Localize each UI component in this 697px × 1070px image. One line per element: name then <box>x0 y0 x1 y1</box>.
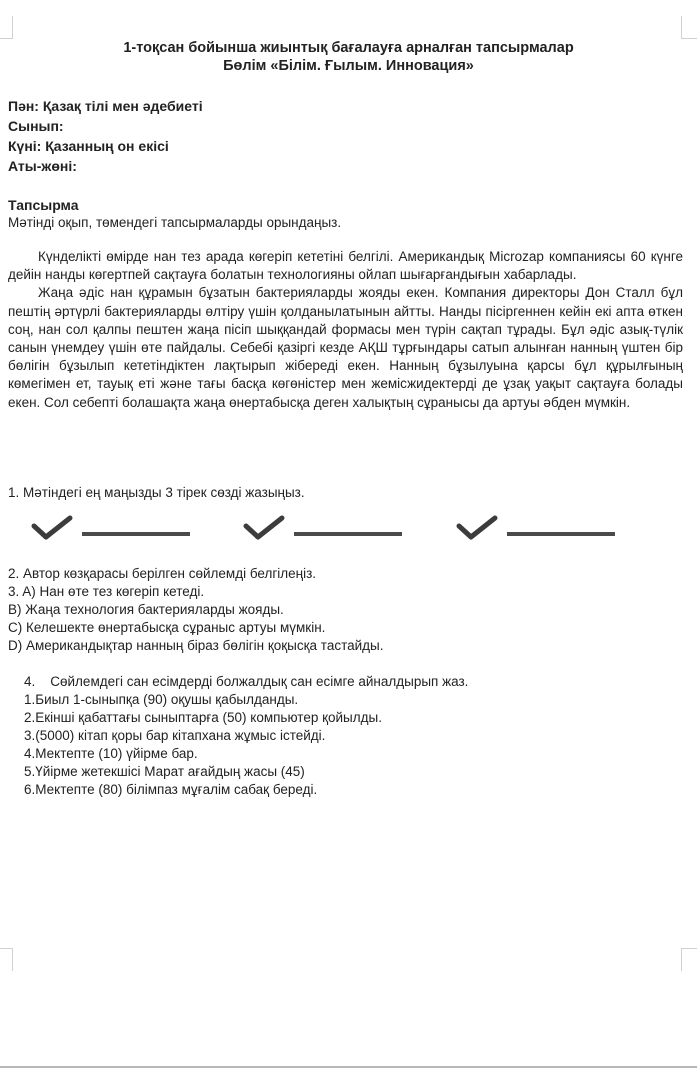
question-1: 1. Мәтіндегі ең маңызды 3 тірек сөзді жа… <box>8 485 305 500</box>
q4-item-1: 1.Биыл 1-сыныпқа (90) оқушы қабылданды. <box>24 692 298 707</box>
page-bottom-edge <box>0 1066 697 1068</box>
class-field[interactable]: Сынып: <box>8 118 64 134</box>
answer-blank-1[interactable] <box>82 532 190 536</box>
crop-mark-bottom-right <box>681 948 697 971</box>
answer-blank-2[interactable] <box>294 532 402 536</box>
question-2: 2. Автор көзқарасы берілген сөйлемді бел… <box>8 566 316 581</box>
paragraph-1: Күнделікті өмірде нан тез арада көгеріп … <box>8 248 683 284</box>
section-title: Бөлім «Білім. Ғылым. Инновация» <box>0 58 697 74</box>
task-heading: Тапсырма <box>8 197 79 213</box>
crop-mark-bottom-left <box>0 948 13 971</box>
paragraph-2: Жаңа әдіс нан құрамын бұзатын бактерияла… <box>8 284 683 411</box>
checkmark-icon <box>242 510 286 544</box>
q4-item-2: 2.Екінші қабаттағы сыныптарға (50) компь… <box>24 710 382 725</box>
name-field[interactable]: Аты-жөні: <box>8 158 77 174</box>
date-field: Күні: Қазанның он екісі <box>8 138 169 154</box>
crop-mark-top-left <box>0 16 13 39</box>
reading-text: Күнделікті өмірде нан тез арада көгеріп … <box>8 248 683 412</box>
q4-item-4: 4.Мектепте (10) үйірме бар. <box>24 746 198 761</box>
option-b[interactable]: B) Жаңа технология бактерияларды жояды. <box>8 602 284 617</box>
answer-blank-3[interactable] <box>507 532 615 536</box>
crop-mark-top-right <box>681 16 697 39</box>
subject-field: Пән: Қазақ тілі мен әдебиеті <box>8 98 203 114</box>
option-c[interactable]: C) Келешекте өнертабысқа сұраныс артуы м… <box>8 620 325 635</box>
q4-item-3: 3.(5000) кітап қоры бар кітапхана жұмыс … <box>24 728 325 743</box>
task-instruction: Мәтінді оқып, төмендегі тапсырмаларды ор… <box>8 215 341 230</box>
option-a[interactable]: 3. A) Нан өте тез көгеріп кетеді. <box>8 584 204 599</box>
q4-item-6: 6.Мектепте (80) білімпаз мұғалім сабақ б… <box>24 782 317 797</box>
document-title: 1-тоқсан бойынша жиынтық бағалауға арнал… <box>0 40 697 56</box>
question-4: 4. Сөйлемдегі сан есімдерді болжалдық са… <box>24 674 468 689</box>
checkmark-icon <box>30 510 74 544</box>
checkmark-icon <box>455 510 499 544</box>
option-d[interactable]: D) Американдықтар нанның біраз бөлігін қ… <box>8 638 384 653</box>
keyword-answers <box>0 510 697 550</box>
q4-item-5: 5.Үйірме жетекшісі Марат ағайдың жасы (4… <box>24 764 305 779</box>
